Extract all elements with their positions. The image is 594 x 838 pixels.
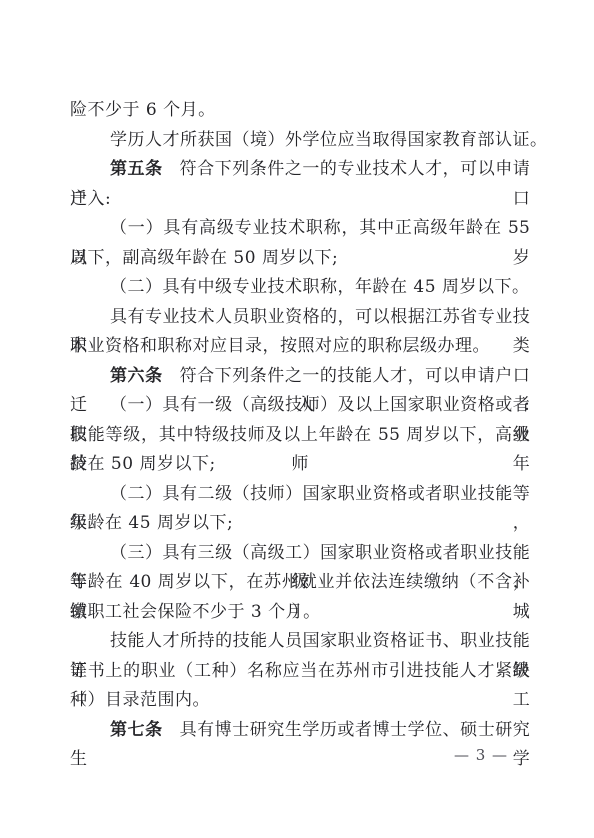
line-text: 年龄在 45 周岁以下; — [70, 513, 233, 533]
text-line: 技能等级，其中特级技师及以上年龄在 55 周岁以下，高级技师年 — [70, 421, 530, 451]
line-text: 镇职工社会保险不少于 3 个月。 — [70, 602, 321, 622]
text-line: 学历人才所获国（境）外学位应当取得国家教育部认证。 — [70, 126, 530, 156]
text-line: （一）具有高级专业技术职称，其中正高级年龄在 55 周岁 — [70, 214, 530, 244]
article-line: 第六条符合下列条件之一的技能人才，可以申请户口迁入: — [70, 362, 530, 392]
article-number-label: 第七条 — [110, 720, 163, 740]
text-line: （一）具有一级（高级技师）及以上国家职业资格或者职业 — [70, 391, 530, 421]
article-line: 第七条具有博士研究生学历或者博士学位、硕士研究生学 — [70, 716, 530, 746]
article-number-label: 第六条 — [110, 366, 163, 386]
text-line: 职业资格和职称对应目录，按照对应的职称层级办理。 — [70, 332, 530, 362]
article-number-label: 第五条 — [110, 159, 163, 179]
line-text: 职业资格和职称对应目录，按照对应的职称层级办理。 — [70, 336, 490, 356]
text-line: 年龄在 40 周岁以下，在苏州就业并依法连续缴纳（不含补缴）城 — [70, 568, 530, 598]
text-line: （三）具有三级（高级工）国家职业资格或者职业技能等级， — [70, 539, 530, 569]
line-text: （二）具有中级专业技术职称，年龄在 45 周岁以下。 — [110, 277, 529, 297]
text-line: 具有专业技术人员职业资格的，可以根据江苏省专业技术类 — [70, 303, 530, 333]
line-text: 龄在 50 周岁以下; — [70, 454, 216, 474]
line-text: 以下，副高级年龄在 50 周岁以下; — [70, 248, 338, 268]
text-line: （二）具有二级（技师）国家职业资格或者职业技能等级， — [70, 480, 530, 510]
scanned-document-page: 险不少于 6 个月。学历人才所获国（境）外学位应当取得国家教育部认证。第五条符合… — [0, 0, 594, 838]
document-body: 险不少于 6 个月。学历人才所获国（境）外学位应当取得国家教育部认证。第五条符合… — [70, 96, 530, 745]
text-line: 证书上的职业（工种）名称应当在苏州市引进技能人才紧缺（工 — [70, 657, 530, 687]
article-line: 第五条符合下列条件之一的专业技术人才，可以申请户口 — [70, 155, 530, 185]
line-text: 学历人才所获国（境）外学位应当取得国家教育部认证。 — [110, 130, 548, 150]
page-number: — 3 — — [453, 745, 509, 765]
line-text: 险不少于 6 个月。 — [70, 100, 216, 120]
line-text: 迁入: — [70, 189, 111, 209]
text-line: 技能人才所持的技能人员国家职业资格证书、职业技能等级 — [70, 627, 530, 657]
text-line: 险不少于 6 个月。 — [70, 96, 530, 126]
line-text: 种）目录范围内。 — [70, 690, 210, 710]
text-line: （二）具有中级专业技术职称，年龄在 45 周岁以下。 — [70, 273, 530, 303]
